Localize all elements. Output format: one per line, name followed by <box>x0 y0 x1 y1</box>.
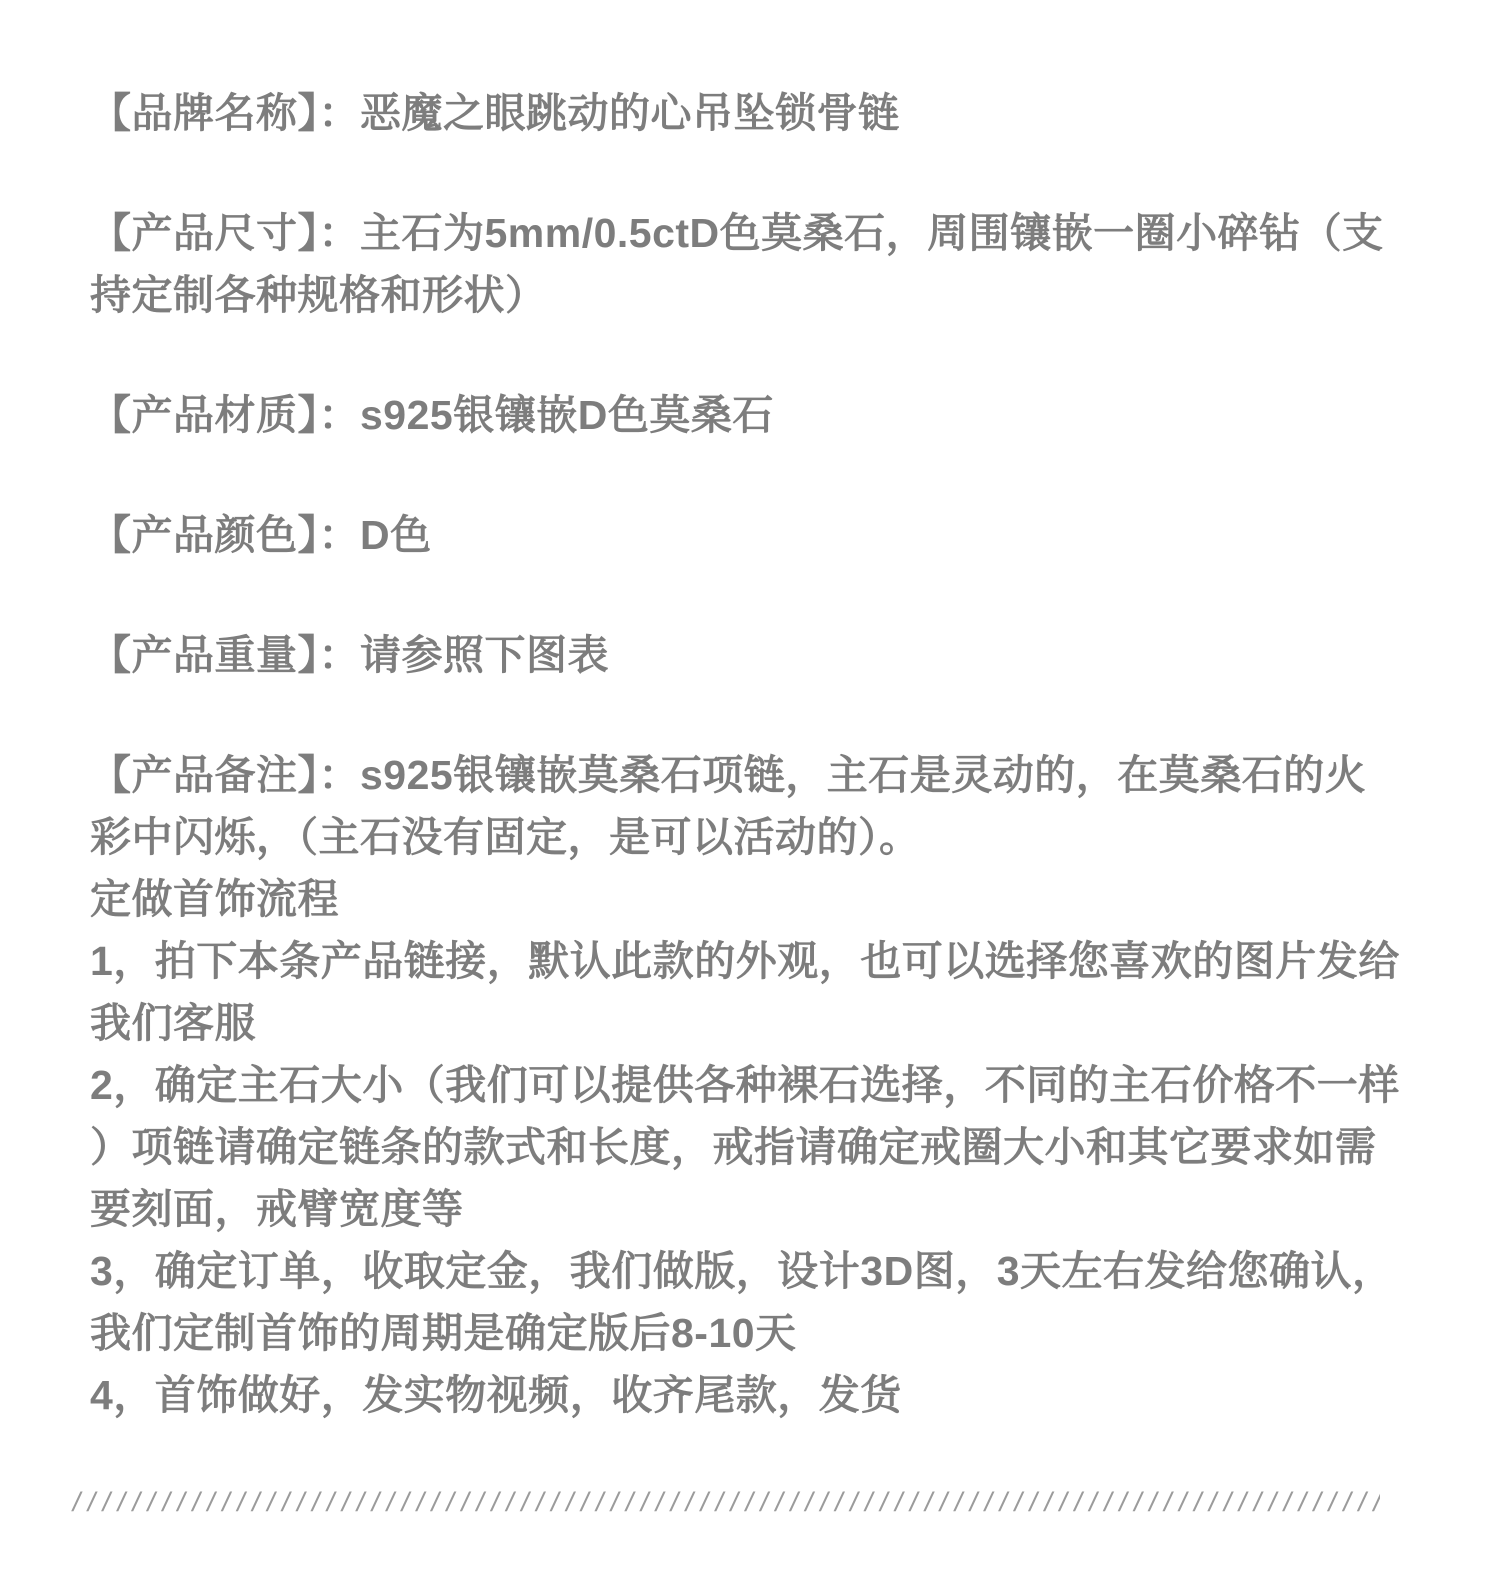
process-step-2-line-1: 2，确定主石大小（我们可以提供各种裸石选择，不同的主石价格不一样 <box>90 1054 1410 1116</box>
section-product-color: 【产品颜色】：D色 <box>90 504 1410 566</box>
process-step-2-line-3: 要刻面，戒臂宽度等 <box>90 1178 1410 1240</box>
section-product-material: 【产品材质】：s925银镶嵌D色莫桑石 <box>90 384 1410 446</box>
process-step-1-line-2: 我们客服 <box>90 992 1410 1054</box>
custom-process-title: 定做首饰流程 <box>90 868 1410 930</box>
product-description-page: 【品牌名称】：恶魔之眼跳动的心吊坠锁骨链 【产品尺寸】：主石为5mm/0.5ct… <box>0 0 1500 1596</box>
product-size-line-1: 【产品尺寸】：主石为5mm/0.5ctD色莫桑石，周围镶嵌一圈小碎钻（支 <box>90 202 1410 264</box>
process-step-1-line-1: 1，拍下本条产品链接，默认此款的外观，也可以选择您喜欢的图片发给 <box>90 930 1410 992</box>
section-brand-name: 【品牌名称】：恶魔之眼跳动的心吊坠锁骨链 <box>90 82 1410 144</box>
section-product-weight: 【产品重量】：请参照下图表 <box>90 624 1410 686</box>
process-step-3-line-1: 3，确定订单，收取定金，我们做版，设计3D图，3天左右发给您确认， <box>90 1240 1410 1302</box>
product-weight-line: 【产品重量】：请参照下图表 <box>90 624 1410 686</box>
section-product-size: 【产品尺寸】：主石为5mm/0.5ctD色莫桑石，周围镶嵌一圈小碎钻（支 持定制… <box>90 202 1410 326</box>
section-product-remarks: 【产品备注】：s925银镶嵌莫桑石项链，主石是灵动的，在莫桑石的火 彩中闪烁，（… <box>90 744 1410 1426</box>
process-step-2-line-2: ）项链请确定链条的款式和长度，戒指请确定戒圈大小和其它要求如需 <box>90 1116 1410 1178</box>
product-material-line: 【产品材质】：s925银镶嵌D色莫桑石 <box>90 384 1410 446</box>
process-step-3-line-2: 我们定制首饰的周期是确定版后8-10天 <box>90 1302 1410 1364</box>
remarks-line-2: 彩中闪烁，（主石没有固定，是可以活动的）。 <box>90 806 1410 868</box>
product-color-line: 【产品颜色】：D色 <box>90 504 1410 566</box>
slash-divider: ////////////////////////////////////////… <box>70 1484 1380 1518</box>
process-step-4-line: 4，首饰做好，发实物视频，收齐尾款，发货 <box>90 1364 1410 1426</box>
remarks-line-1: 【产品备注】：s925银镶嵌莫桑石项链，主石是灵动的，在莫桑石的火 <box>90 744 1410 806</box>
product-size-line-2: 持定制各种规格和形状） <box>90 264 1410 326</box>
brand-name-line: 【品牌名称】：恶魔之眼跳动的心吊坠锁骨链 <box>90 82 1410 144</box>
